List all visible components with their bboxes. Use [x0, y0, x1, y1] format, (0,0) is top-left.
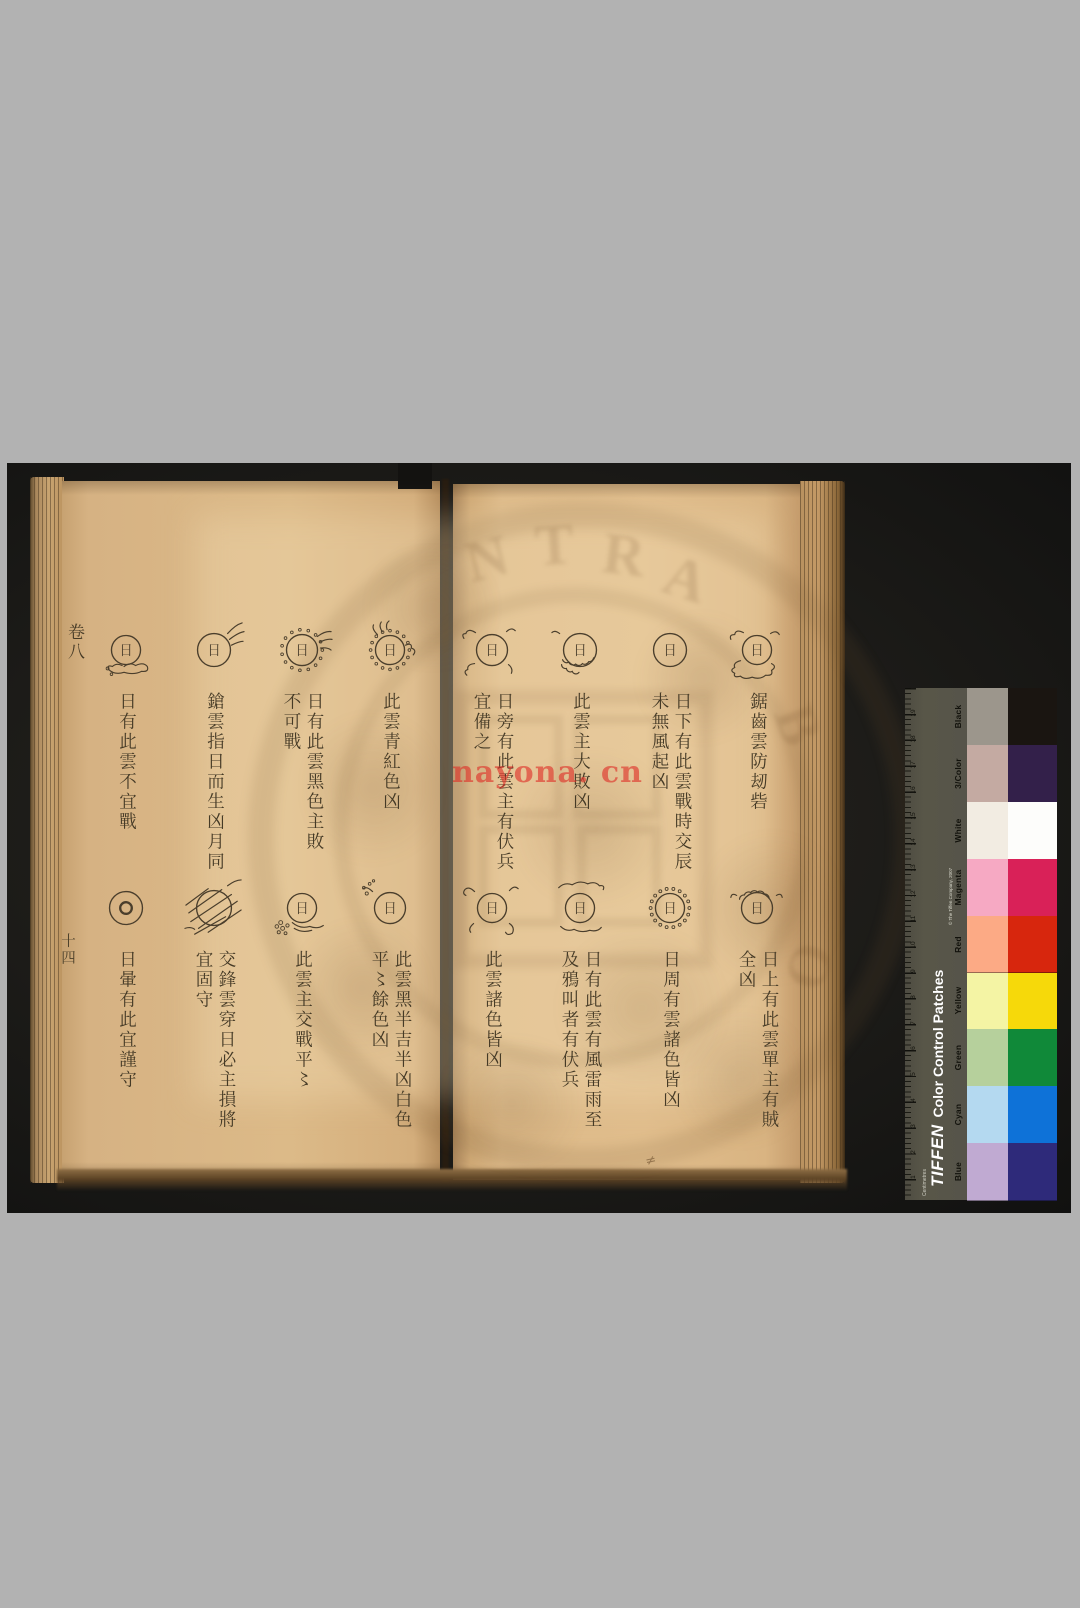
- figure-column: 日此雲黑半吉半凶白色平〻餘色凶: [348, 878, 432, 1162]
- patch-label: Red: [953, 916, 966, 973]
- figure-column: 日此雲諸色皆凶: [450, 878, 534, 1162]
- patch-blue-light: [967, 1143, 1008, 1201]
- sun-dotted-ring-flames-icon: 日: [359, 620, 421, 682]
- sun-scalloped-bottom-icon: 日: [549, 620, 611, 682]
- figure-caption: 交鋒雲穿日必主損將宜固守: [191, 950, 237, 1162]
- patch-label: Black: [953, 688, 966, 745]
- sun-scalloped-top-icon: 日: [726, 878, 788, 940]
- svg-text:日: 日: [383, 901, 397, 917]
- ruler-number: 4: [910, 1092, 919, 1108]
- figure-caption: 此雲主交戰平〻: [291, 950, 314, 1162]
- patch-cyan-saturated: [1008, 1086, 1057, 1144]
- patch-black-saturated: [1008, 688, 1057, 746]
- volume-label: 卷八: [62, 623, 85, 693]
- figure-column: 日日上有此雲單主有賊全凶: [715, 878, 799, 1162]
- ruler-number: 8: [910, 989, 919, 1005]
- chart-title: Color Control Patches: [930, 970, 946, 1118]
- figure-column: 日日周有雲諸色皆凶: [628, 878, 712, 1162]
- patch-magenta-light: [967, 859, 1008, 917]
- ruler-number: 17: [910, 757, 919, 773]
- ruler-number: 19: [910, 705, 919, 721]
- figure-caption: 此雲黑半吉半凶白色平〻餘色凶: [367, 950, 413, 1162]
- svg-text:日: 日: [295, 643, 309, 659]
- sun-cloud-above-below-icon: 日: [549, 878, 611, 940]
- patch-cyan-light: [967, 1086, 1008, 1144]
- caption-line: 此雲諸色皆凶: [481, 950, 504, 1162]
- brand-logo: TIFFEN: [928, 1125, 947, 1188]
- svg-text:日: 日: [573, 643, 587, 659]
- caption-line: 平〻餘色凶: [367, 950, 390, 1162]
- svg-text:日: 日: [573, 901, 587, 917]
- figure-column: 日日有此雲黑色主敗不可戰: [260, 620, 344, 920]
- caption-line: 日有此雲有風雷雨至: [580, 950, 603, 1162]
- patch-blue-saturated: [1008, 1143, 1057, 1201]
- scanned-book-photograph: NTRABO 日此雲青紅色凶日日有此雲黑色主敗不可戰日鎗雲指日而生凶月同日日有此…: [0, 0, 1080, 1608]
- patch-magenta-saturated: [1008, 859, 1057, 917]
- ruler-number: 6: [910, 1040, 919, 1056]
- svg-text:日: 日: [207, 643, 221, 659]
- figure-caption: 日上有此雲單主有賊全凶: [734, 950, 780, 1162]
- figure-column: 日日有此雲不宜戰: [84, 620, 168, 920]
- watermark-text: nayona. cn: [452, 755, 643, 790]
- ruler-number: 14: [910, 834, 919, 850]
- book-gutter-shadow: [442, 479, 449, 1181]
- spine-top-notch: [398, 463, 432, 489]
- patch-red-light: [967, 916, 1008, 974]
- ruler-number: 13: [910, 860, 919, 876]
- sun-dotted-ring-flames-right-icon: 日: [271, 620, 333, 682]
- patch-black-light: [967, 688, 1008, 746]
- sun-cloud-upper-left-icon: 日: [359, 878, 421, 940]
- book-bottom-edge: [57, 1169, 847, 1191]
- ruler-number: 16: [910, 782, 919, 798]
- figure-caption: 此雲諸色皆凶: [481, 950, 504, 1162]
- ruler-unit-label: Centimetres: [922, 1154, 929, 1196]
- patch-yellow-light: [967, 973, 1008, 1031]
- figure-column: 日暈有此宜謹守: [84, 878, 168, 1162]
- svg-text:日: 日: [663, 901, 677, 917]
- caption-line: 宜固守: [191, 950, 214, 1162]
- caption-line: 交鋒雲穿日必主損將: [214, 950, 237, 1162]
- figure-caption: 日周有雲諸色皆凶: [659, 950, 682, 1162]
- figure-column: 日此雲主交戰平〻: [260, 878, 344, 1162]
- ruler-number: 2: [910, 1144, 919, 1160]
- patch-label: Blue: [953, 1143, 966, 1200]
- sun-plain-circle-icon: 日: [639, 620, 701, 682]
- sun-cloud-hooks-left-icon: 日: [461, 620, 523, 682]
- book-right-page-edges: [800, 481, 845, 1183]
- sun-dotted-cloud-lower-left-icon: 日: [271, 878, 333, 940]
- patch-white-saturated: [1008, 802, 1057, 860]
- figure-column: 交鋒雲穿日必主損將宜固守: [172, 878, 256, 1162]
- patch-3/color-light: [967, 745, 1008, 803]
- caption-line: 及鴉叫者有伏兵: [557, 950, 580, 1162]
- figure-caption: 日暈有此宜謹守: [115, 950, 138, 1162]
- patch-label: Magenta: [953, 859, 966, 916]
- figure-caption: 日有此雲有風雷雨至及鴉叫者有伏兵: [557, 950, 603, 1162]
- sun-comet-streaks-icon: 日: [183, 620, 245, 682]
- double-circle-halo-icon: [95, 878, 157, 940]
- ruler-number: 1: [910, 1169, 919, 1185]
- svg-text:日: 日: [485, 901, 499, 917]
- patch-3/color-saturated: [1008, 745, 1057, 803]
- svg-text:日: 日: [295, 901, 309, 917]
- folio-number: 十四: [55, 933, 78, 985]
- ruler-number: 12: [910, 886, 919, 902]
- circle-hatched-icon: [183, 878, 245, 940]
- svg-text:日: 日: [663, 643, 677, 659]
- caption-line: 全凶: [734, 950, 757, 1162]
- patch-label: Green: [953, 1029, 966, 1086]
- book-left-page-edges: [30, 477, 64, 1183]
- caption-line: 日暈有此宜謹守: [115, 950, 138, 1162]
- svg-text:日: 日: [750, 643, 764, 659]
- color-chart-title-line: TIFFENColor Control Patches: [928, 887, 948, 1187]
- figure-column: 日此雲青紅色凶: [348, 620, 432, 920]
- caption-line: 日周有雲諸色皆凶: [659, 950, 682, 1162]
- patch-label: 3/Color: [953, 745, 966, 802]
- ruler-number: 11: [910, 911, 919, 927]
- caption-line: 此雲主交戰平〻: [291, 950, 314, 1162]
- patch-yellow-saturated: [1008, 973, 1057, 1031]
- ruler-number: 9: [910, 963, 919, 979]
- patch-white-light: [967, 802, 1008, 860]
- caption-line: 此雲黑半吉半凶白色: [390, 950, 413, 1162]
- patch-red-saturated: [1008, 916, 1057, 974]
- ruler-number: 10: [910, 937, 919, 953]
- ruler-number: 7: [910, 1015, 919, 1031]
- sun-cloud-lower-right-icon: 日: [95, 620, 157, 682]
- photo-area: NTRABO 日此雲青紅色凶日日有此雲黑色主敗不可戰日鎗雲指日而生凶月同日日有此…: [7, 463, 1071, 1213]
- patch-label: Yellow: [953, 973, 966, 1030]
- ruler-number: 3: [910, 1118, 919, 1134]
- figure-column: 日鎗雲指日而生凶月同: [172, 620, 256, 920]
- figure-column: 日日有此雲有風雷雨至及鴉叫者有伏兵: [538, 878, 622, 1162]
- svg-text:日: 日: [119, 643, 133, 659]
- patch-green-light: [967, 1029, 1008, 1087]
- patch-green-saturated: [1008, 1029, 1057, 1087]
- caption-line: 日上有此雲單主有賊: [757, 950, 780, 1162]
- svg-text:日: 日: [750, 901, 764, 917]
- sun-clouds-four-corners-icon: 日: [461, 878, 523, 940]
- sun-dotted-ring-icon: 日: [639, 878, 701, 940]
- ruler-number: 5: [910, 1066, 919, 1082]
- patch-label: White: [953, 802, 966, 859]
- ruler-number: 18: [910, 731, 919, 747]
- ruler-number: 15: [910, 808, 919, 824]
- patch-label: Cyan: [953, 1086, 966, 1143]
- svg-text:日: 日: [485, 643, 499, 659]
- sun-cloud-scroll-below-icon: 日: [726, 620, 788, 682]
- svg-text:日: 日: [383, 643, 397, 659]
- figure-column: 日鋸齒雲防刼砦: [715, 620, 799, 920]
